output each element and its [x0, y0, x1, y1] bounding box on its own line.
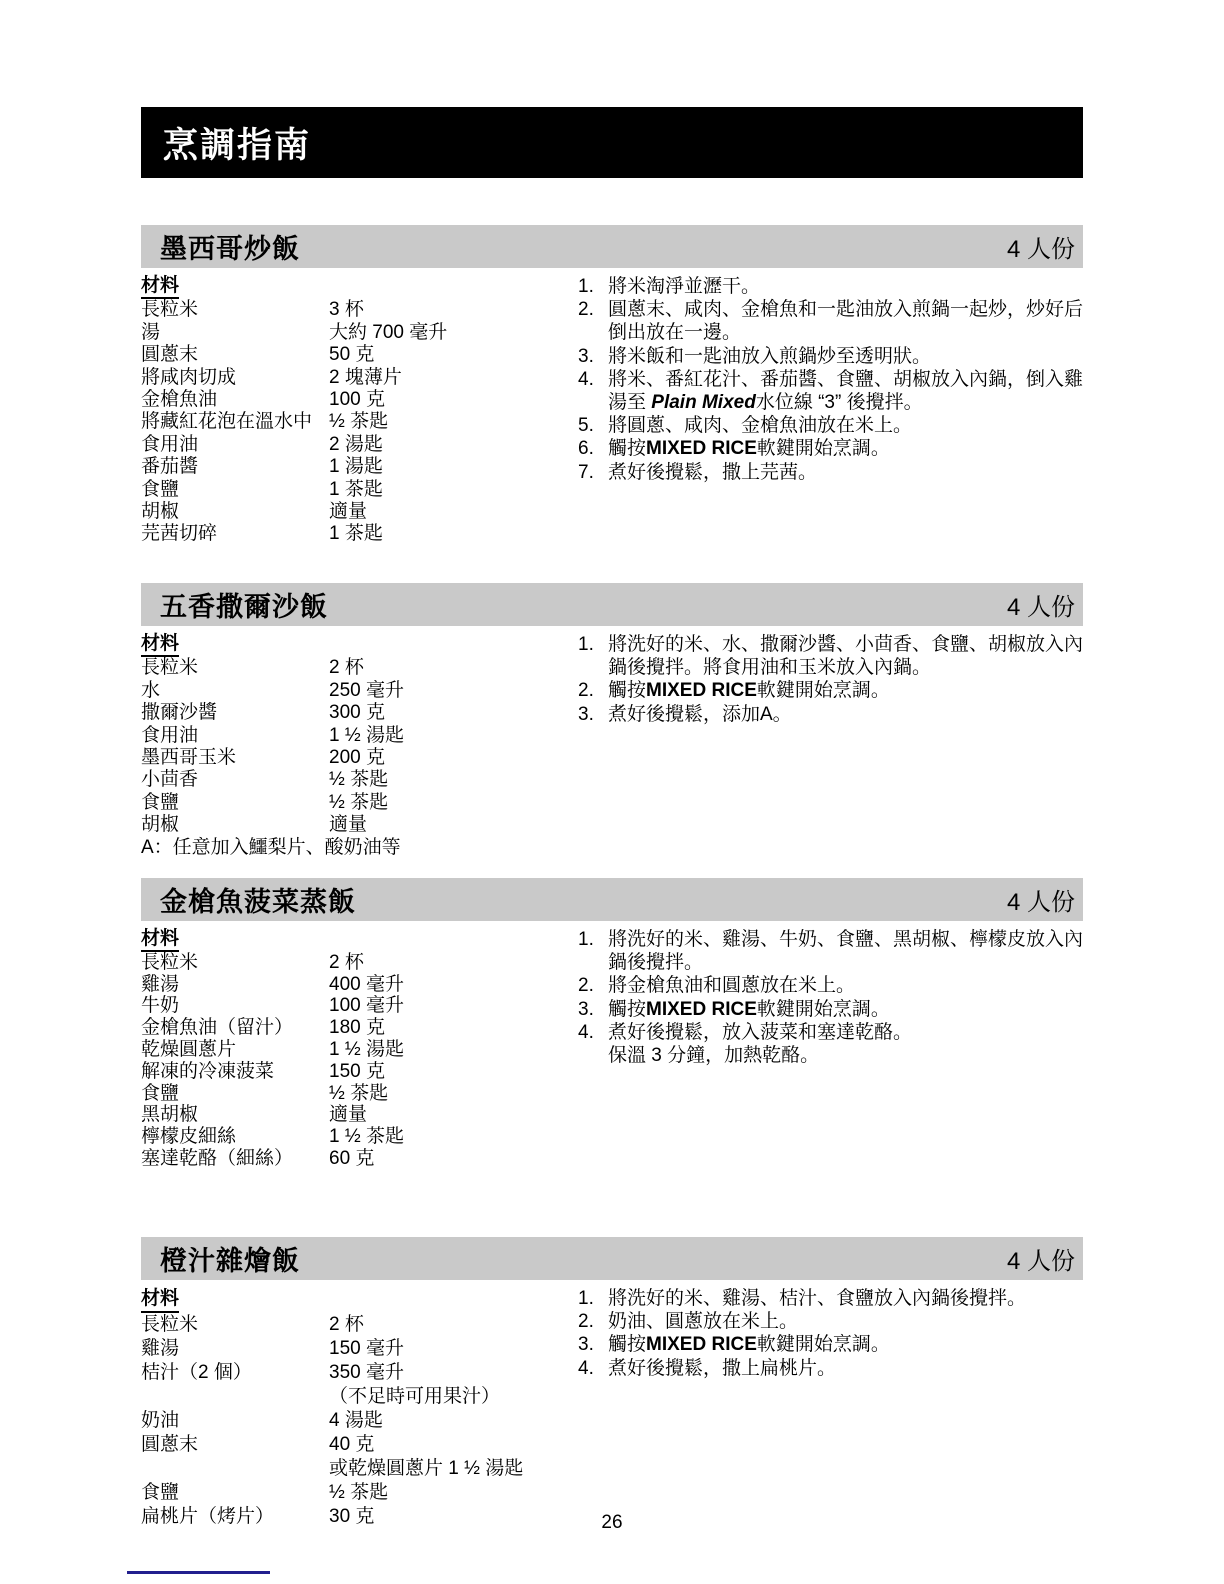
ingredient-name: 食鹽	[141, 1481, 329, 1505]
ingredient-row: 食鹽½ 茶匙	[141, 1083, 567, 1105]
ingredient-qty: 2 杯	[329, 952, 567, 974]
step: 1.將洗好的米、雞湯、牛奶、食鹽、黑胡椒、檸檬皮放入內鍋後攪拌。	[578, 928, 1083, 974]
ingredient-qty: 1 湯匙	[329, 456, 567, 478]
step-text: 將金槍魚油和圓蔥放在米上。	[608, 974, 1083, 997]
step-segment: 觸按	[608, 438, 646, 459]
step-text: 奶油、圓蔥放在米上。	[608, 1310, 1083, 1333]
step: 3.將米飯和一匙油放入煎鍋炒至透明狀。	[578, 345, 1083, 368]
step-segment: 觸按	[608, 680, 646, 701]
step-number: 2.	[578, 1310, 608, 1333]
ingredient-name: 金槍魚油	[141, 389, 329, 411]
ingredients-label: 材料	[141, 928, 179, 952]
ingredient-qty: ½ 茶匙	[329, 792, 567, 814]
step-number: 3.	[578, 345, 608, 368]
recipe-body: 材料 長粒米3 杯湯大約 700 毫升圓蔥末50 克將咸肉切成2 塊薄片金槍魚油…	[141, 275, 1083, 546]
step-text: 煮好後攪鬆，撒上扁桃片。	[608, 1357, 1083, 1380]
ingredient-row: 長粒米2 杯	[141, 657, 567, 679]
ingredient-name: 撒爾沙醬	[141, 702, 329, 724]
ingredient-qty: 1 ½ 湯匙	[329, 725, 567, 747]
ingredient-qty: 2 塊薄片	[329, 367, 567, 389]
ingredient-name: 圓蔥末	[141, 344, 329, 366]
ingredient-row: 食用油2 湯匙	[141, 434, 567, 456]
step-segment: MIXED RICE	[646, 999, 757, 1020]
step-text: 將洗好的米、雞湯、牛奶、食鹽、黑胡椒、檸檬皮放入內鍋後攪拌。	[608, 928, 1083, 974]
ingredient-qty: 200 克	[329, 747, 567, 769]
recipe-header-bar: 橙汁雜燴飯 4 人份	[141, 1237, 1083, 1280]
step-segment: 軟鍵開始烹調。	[757, 1334, 890, 1355]
recipe-servings: 4 人份	[1007, 229, 1075, 264]
step: 1.將洗好的米、水、撒爾沙醬、小茴香、食鹽、胡椒放入內鍋後攪拌。將食用油和玉米放…	[578, 633, 1083, 679]
step: 3.煮好後攪鬆，添加A。	[578, 703, 1083, 726]
ingredient-row: 湯大約 700 毫升	[141, 322, 567, 344]
step-segment: 將洗好的米、水、撒爾沙醬、小茴香、食鹽、胡椒放入內鍋後攪拌。將食用油和玉米放入內…	[608, 634, 1083, 678]
ingredient-row: 食鹽½ 茶匙	[141, 792, 567, 814]
step-segment: 將圓蔥、咸肉、金槍魚油放在米上。	[608, 415, 912, 436]
step-number: 1.	[578, 1287, 608, 1310]
ingredient-name: 胡椒	[141, 814, 329, 836]
ingredient-row: 桔汁（2 個）350 毫升	[141, 1361, 567, 1385]
step-number: 3.	[578, 703, 608, 726]
ingredient-qty: 1 茶匙	[329, 479, 567, 501]
footer-rule	[127, 1571, 270, 1574]
step-number: 2.	[578, 974, 608, 997]
step-segment: 奶油、圓蔥放在米上。	[608, 1311, 798, 1332]
steps-column: 1.將洗好的米、水、撒爾沙醬、小茴香、食鹽、胡椒放入內鍋後攪拌。將食用油和玉米放…	[578, 633, 1083, 859]
ingredient-row: 檸檬皮細絲1 ½ 茶匙	[141, 1126, 567, 1148]
ingredient-name: 圓蔥末	[141, 1433, 329, 1457]
ingredient-name: 食用油	[141, 725, 329, 747]
step: 2.圓蔥末、咸肉、金槍魚和一匙油放入煎鍋一起炒，炒好后倒出放在一邊。	[578, 298, 1083, 344]
ingredient-name: 金槍魚油（留汁）	[141, 1017, 329, 1039]
ingredient-row-continued: （不足時可用果汁）	[141, 1385, 567, 1409]
ingredient-qty: 250 毫升	[329, 680, 567, 702]
ingredient-qty: 400 毫升	[329, 974, 567, 996]
step: 2.將金槍魚油和圓蔥放在米上。	[578, 974, 1083, 997]
ingredient-qty: 150 克	[329, 1061, 567, 1083]
ingredient-qty: 大約 700 毫升	[329, 322, 567, 344]
ingredient-name: 番茄醬	[141, 456, 329, 478]
ingredient-row: 塞達乾酪（細絲）60 克	[141, 1148, 567, 1170]
recipe-body: 材料 長粒米2 杯雞湯150 毫升桔汁（2 個）350 毫升（不足時可用果汁）奶…	[141, 1287, 1083, 1529]
step-number: 4.	[578, 368, 608, 414]
step-segment: 保溫 3 分鐘，加熱乾酪。	[608, 1045, 819, 1066]
ingredient-row: 撒爾沙醬300 克	[141, 702, 567, 724]
step-number: 5.	[578, 414, 608, 437]
step-segment: MIXED RICE	[646, 680, 757, 701]
step-segment: 軟鍵開始烹調。	[757, 438, 890, 459]
ingredients-note: A：任意加入鱷梨片、酸奶油等	[141, 837, 567, 859]
step-number: 2.	[578, 679, 608, 702]
ingredient-row: 牛奶100 毫升	[141, 995, 567, 1017]
ingredient-name: 胡椒	[141, 501, 329, 523]
ingredient-qty: 2 杯	[329, 1313, 567, 1337]
ingredient-row: 長粒米2 杯	[141, 1313, 567, 1337]
step-segment: 軟鍵開始烹調。	[757, 999, 890, 1020]
ingredient-row: 墨西哥玉米200 克	[141, 747, 567, 769]
page-title: 烹調指南	[163, 118, 311, 168]
ingredient-row: 將咸肉切成2 塊薄片	[141, 367, 567, 389]
ingredients-label: 材料	[141, 633, 179, 657]
ingredient-row: 食鹽½ 茶匙	[141, 1481, 567, 1505]
ingredient-qty: ½ 茶匙	[329, 1481, 567, 1505]
steps-column: 1.將洗好的米、雞湯、桔汁、食鹽放入內鍋後攪拌。2.奶油、圓蔥放在米上。3.觸按…	[578, 1287, 1083, 1529]
step: 6.觸按MIXED RICE軟鍵開始烹調。	[578, 437, 1083, 460]
ingredients-label: 材料	[141, 275, 179, 299]
ingredient-name: 將藏紅花泡在溫水中	[141, 411, 329, 433]
step-text: 將米淘淨並瀝干。	[608, 275, 1083, 298]
ingredient-name: 湯	[141, 322, 329, 344]
recipe-title: 橙汁雜燴飯	[160, 1239, 300, 1278]
step-segment: 觸按	[608, 1334, 646, 1355]
step-text: 將洗好的米、雞湯、桔汁、食鹽放入內鍋後攪拌。	[608, 1287, 1083, 1310]
ingredient-row: 將藏紅花泡在溫水中½ 茶匙	[141, 411, 567, 433]
ingredient-row: 長粒米3 杯	[141, 299, 567, 321]
ingredient-name: 解凍的冷凍菠菜	[141, 1061, 329, 1083]
ingredient-row: 芫茜切碎1 茶匙	[141, 523, 567, 545]
page-header-bar: 烹調指南	[141, 107, 1083, 178]
step-text: 觸按MIXED RICE軟鍵開始烹調。	[608, 437, 1083, 460]
ingredient-name: 長粒米	[141, 299, 329, 321]
ingredient-row: 雞湯150 毫升	[141, 1337, 567, 1361]
ingredient-qty-note: （不足時可用果汁）	[329, 1385, 567, 1409]
step-number: 1.	[578, 928, 608, 974]
ingredients-label: 材料	[141, 1287, 179, 1313]
ingredient-qty: 1 ½ 湯匙	[329, 1039, 567, 1061]
ingredient-name: 黑胡椒	[141, 1104, 329, 1126]
ingredient-qty: 3 杯	[329, 299, 567, 321]
ingredient-qty: 100 克	[329, 389, 567, 411]
step-text: 觸按MIXED RICE軟鍵開始烹調。	[608, 998, 1083, 1021]
recipe-title: 金槍魚菠菜蒸飯	[160, 880, 356, 919]
step-text: 將米、番紅花汁、番茄醬、食鹽、胡椒放入內鍋，倒入雞湯至 Plain Mixed水…	[608, 368, 1083, 414]
recipe-servings: 4 人份	[1007, 1241, 1075, 1276]
step: 3.觸按MIXED RICE軟鍵開始烹調。	[578, 998, 1083, 1021]
step: 5.將圓蔥、咸肉、金槍魚油放在米上。	[578, 414, 1083, 437]
step-segment: 圓蔥末、咸肉、金槍魚和一匙油放入煎鍋一起炒，炒好后倒出放在一邊。	[608, 299, 1083, 343]
ingredient-name: 長粒米	[141, 952, 329, 974]
step-text: 煮好後攪鬆，撒上芫茜。	[608, 461, 1083, 484]
ingredient-row: 食用油1 ½ 湯匙	[141, 725, 567, 747]
ingredient-qty: 4 湯匙	[329, 1409, 567, 1433]
recipe-section: 五香撒爾沙飯 4 人份 材料 長粒米2 杯水250 毫升撒爾沙醬300 克食用油…	[141, 583, 1083, 859]
step-segment: 煮好後攪鬆，添加A。	[608, 704, 792, 725]
step: 2.奶油、圓蔥放在米上。	[578, 1310, 1083, 1333]
step-number: 1.	[578, 275, 608, 298]
ingredient-name: 食用油	[141, 434, 329, 456]
ingredient-name: 乾燥圓蔥片	[141, 1039, 329, 1061]
ingredient-qty: 適量	[329, 1104, 567, 1126]
step-segment: MIXED RICE	[646, 1334, 757, 1355]
ingredient-qty: 100 毫升	[329, 995, 567, 1017]
step-segment: 將米飯和一匙油放入煎鍋炒至透明狀。	[608, 346, 931, 367]
ingredient-name: 小茴香	[141, 769, 329, 791]
ingredient-row: 解凍的冷凍菠菜150 克	[141, 1061, 567, 1083]
ingredient-name: 食鹽	[141, 479, 329, 501]
step-text: 觸按MIXED RICE軟鍵開始烹調。	[608, 1333, 1083, 1356]
ingredient-qty-note: 或乾燥圓蔥片 1 ½ 湯匙	[329, 1457, 567, 1481]
ingredient-qty: 2 湯匙	[329, 434, 567, 456]
step-segment: 煮好後攪鬆，撒上芫茜。	[608, 462, 817, 483]
ingredient-name: 塞達乾酪（細絲）	[141, 1148, 329, 1170]
recipe-header-bar: 墨西哥炒飯 4 人份	[141, 225, 1083, 268]
ingredient-name: 長粒米	[141, 657, 329, 679]
recipe-body: 材料 長粒米2 杯水250 毫升撒爾沙醬300 克食用油1 ½ 湯匙墨西哥玉米2…	[141, 633, 1083, 859]
ingredients-label-row: 材料	[141, 275, 567, 299]
step-segment: 將洗好的米、雞湯、桔汁、食鹽放入內鍋後攪拌。	[608, 1288, 1026, 1309]
ingredient-name: 芫茜切碎	[141, 523, 329, 545]
ingredient-name-empty	[141, 1385, 329, 1409]
step-segment: 煮好後攪鬆，放入菠菜和塞達乾酪。	[608, 1022, 912, 1043]
ingredient-qty: ½ 茶匙	[329, 1083, 567, 1105]
ingredient-qty: 1 ½ 茶匙	[329, 1126, 567, 1148]
recipe-title: 墨西哥炒飯	[160, 227, 300, 266]
ingredient-row: 長粒米2 杯	[141, 952, 567, 974]
recipe-section: 金槍魚菠菜蒸飯 4 人份 材料 長粒米2 杯雞湯400 毫升牛奶100 毫升金槍…	[141, 878, 1083, 1170]
ingredient-qty: 40 克	[329, 1433, 567, 1457]
step-text: 觸按MIXED RICE軟鍵開始烹調。	[608, 679, 1083, 702]
step-text: 將洗好的米、水、撒爾沙醬、小茴香、食鹽、胡椒放入內鍋後攪拌。將食用油和玉米放入內…	[608, 633, 1083, 679]
step: 4.將米、番紅花汁、番茄醬、食鹽、胡椒放入內鍋，倒入雞湯至 Plain Mixe…	[578, 368, 1083, 414]
ingredient-name: 長粒米	[141, 1313, 329, 1337]
ingredient-qty: 150 毫升	[329, 1337, 567, 1361]
step-number: 3.	[578, 1333, 608, 1356]
step-number: 7.	[578, 461, 608, 484]
ingredients-column: 材料 長粒米3 杯湯大約 700 毫升圓蔥末50 克將咸肉切成2 塊薄片金槍魚油…	[141, 275, 567, 546]
step-number: 2.	[578, 298, 608, 344]
ingredient-qty: 2 杯	[329, 657, 567, 679]
ingredient-qty: 180 克	[329, 1017, 567, 1039]
ingredient-row: 胡椒適量	[141, 814, 567, 836]
step-number: 4.	[578, 1021, 608, 1067]
ingredient-name: 奶油	[141, 1409, 329, 1433]
step: 4.煮好後攪鬆，撒上扁桃片。	[578, 1357, 1083, 1380]
recipe-body: 材料 長粒米2 杯雞湯400 毫升牛奶100 毫升金槍魚油（留汁）180 克乾燥…	[141, 928, 1083, 1170]
ingredient-row: 乾燥圓蔥片1 ½ 湯匙	[141, 1039, 567, 1061]
step: 1.將洗好的米、雞湯、桔汁、食鹽放入內鍋後攪拌。	[578, 1287, 1083, 1310]
step-segment: MIXED RICE	[646, 438, 757, 459]
step-segment: 水位線 “3” 後攪拌。	[756, 392, 923, 413]
ingredients-label-row: 材料	[141, 928, 567, 952]
steps-column: 1.將米淘淨並瀝干。2.圓蔥末、咸肉、金槍魚和一匙油放入煎鍋一起炒，炒好后倒出放…	[578, 275, 1083, 546]
steps-column: 1.將洗好的米、雞湯、牛奶、食鹽、黑胡椒、檸檬皮放入內鍋後攪拌。2.將金槍魚油和…	[578, 928, 1083, 1170]
recipe-header-bar: 五香撒爾沙飯 4 人份	[141, 583, 1083, 626]
ingredients-column: 材料 長粒米2 杯雞湯400 毫升牛奶100 毫升金槍魚油（留汁）180 克乾燥…	[141, 928, 567, 1170]
ingredient-row-continued: 或乾燥圓蔥片 1 ½ 湯匙	[141, 1457, 567, 1481]
ingredient-row: 雞湯400 毫升	[141, 974, 567, 996]
ingredients-column: 材料 長粒米2 杯雞湯150 毫升桔汁（2 個）350 毫升（不足時可用果汁）奶…	[141, 1287, 567, 1529]
recipe-section: 橙汁雜燴飯 4 人份 材料 長粒米2 杯雞湯150 毫升桔汁（2 個）350 毫…	[141, 1237, 1083, 1529]
ingredient-qty: 300 克	[329, 702, 567, 724]
ingredient-qty: 60 克	[329, 1148, 567, 1170]
ingredient-row: 圓蔥末50 克	[141, 344, 567, 366]
ingredient-qty: 適量	[329, 501, 567, 523]
ingredient-row: 胡椒適量	[141, 501, 567, 523]
ingredient-row: 圓蔥末40 克	[141, 1433, 567, 1457]
ingredients-label-row: 材料	[141, 633, 567, 657]
ingredient-qty: ½ 茶匙	[329, 769, 567, 791]
step-text: 煮好後攪鬆，放入菠菜和塞達乾酪。保溫 3 分鐘，加熱乾酪。	[608, 1021, 1083, 1067]
ingredient-qty: 適量	[329, 814, 567, 836]
step-segment: 將洗好的米、雞湯、牛奶、食鹽、黑胡椒、檸檬皮放入內鍋後攪拌。	[608, 929, 1083, 973]
ingredient-name: 食鹽	[141, 1083, 329, 1105]
ingredient-name: 食鹽	[141, 792, 329, 814]
ingredient-row: 食鹽1 茶匙	[141, 479, 567, 501]
ingredient-qty: ½ 茶匙	[329, 411, 567, 433]
ingredient-name-empty	[141, 1457, 329, 1481]
step-number: 1.	[578, 633, 608, 679]
ingredients-label-row: 材料	[141, 1287, 567, 1313]
recipe-title: 五香撒爾沙飯	[160, 585, 328, 624]
ingredient-name: 檸檬皮細絲	[141, 1126, 329, 1148]
ingredient-name: 將咸肉切成	[141, 367, 329, 389]
ingredient-qty: 350 毫升	[329, 1361, 567, 1385]
page-number: 26	[0, 1512, 1224, 1534]
step-segment: Plain Mixed	[651, 392, 756, 413]
ingredient-row: 奶油4 湯匙	[141, 1409, 567, 1433]
ingredient-row: 黑胡椒適量	[141, 1104, 567, 1126]
ingredients-column: 材料 長粒米2 杯水250 毫升撒爾沙醬300 克食用油1 ½ 湯匙墨西哥玉米2…	[141, 633, 567, 859]
ingredient-row: 金槍魚油（留汁）180 克	[141, 1017, 567, 1039]
ingredient-qty: 1 茶匙	[329, 523, 567, 545]
step-text: 將米飯和一匙油放入煎鍋炒至透明狀。	[608, 345, 1083, 368]
ingredient-row: 番茄醬1 湯匙	[141, 456, 567, 478]
step: 4.煮好後攪鬆，放入菠菜和塞達乾酪。保溫 3 分鐘，加熱乾酪。	[578, 1021, 1083, 1067]
step-text: 圓蔥末、咸肉、金槍魚和一匙油放入煎鍋一起炒，炒好后倒出放在一邊。	[608, 298, 1083, 344]
step: 3.觸按MIXED RICE軟鍵開始烹調。	[578, 1333, 1083, 1356]
ingredient-name: 水	[141, 680, 329, 702]
ingredient-name: 雞湯	[141, 974, 329, 996]
recipe-servings: 4 人份	[1007, 587, 1075, 622]
ingredient-row: 金槍魚油100 克	[141, 389, 567, 411]
step: 1.將米淘淨並瀝干。	[578, 275, 1083, 298]
step: 2.觸按MIXED RICE軟鍵開始烹調。	[578, 679, 1083, 702]
ingredient-qty: 50 克	[329, 344, 567, 366]
step-segment: 軟鍵開始烹調。	[757, 680, 890, 701]
recipe-header-bar: 金槍魚菠菜蒸飯 4 人份	[141, 878, 1083, 921]
step-segment: 將金槍魚油和圓蔥放在米上。	[608, 975, 855, 996]
step-segment: 煮好後攪鬆，撒上扁桃片。	[608, 1358, 836, 1379]
recipe-servings: 4 人份	[1007, 882, 1075, 917]
ingredient-name: 雞湯	[141, 1337, 329, 1361]
ingredient-name: 墨西哥玉米	[141, 747, 329, 769]
ingredient-name: 牛奶	[141, 995, 329, 1017]
step-text: 將圓蔥、咸肉、金槍魚油放在米上。	[608, 414, 1083, 437]
ingredient-name: 桔汁（2 個）	[141, 1361, 329, 1385]
step-number: 3.	[578, 998, 608, 1021]
step-segment: 觸按	[608, 999, 646, 1020]
ingredient-row: 小茴香½ 茶匙	[141, 769, 567, 791]
step-number: 4.	[578, 1357, 608, 1380]
step-number: 6.	[578, 437, 608, 460]
step-segment: 將米淘淨並瀝干。	[608, 276, 760, 297]
recipe-section: 墨西哥炒飯 4 人份 材料 長粒米3 杯湯大約 700 毫升圓蔥末50 克將咸肉…	[141, 225, 1083, 546]
step: 7.煮好後攪鬆，撒上芫茜。	[578, 461, 1083, 484]
ingredient-row: 水250 毫升	[141, 680, 567, 702]
step-text: 煮好後攪鬆，添加A。	[608, 703, 1083, 726]
